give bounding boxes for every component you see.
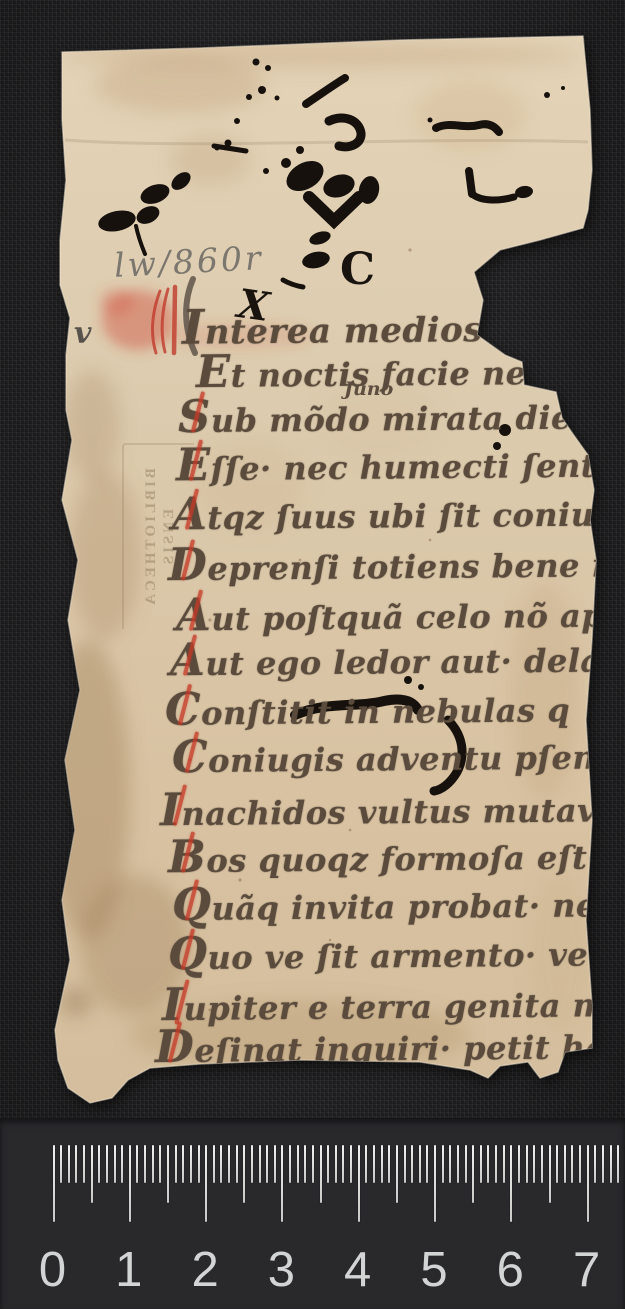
- ruler-number: 2: [191, 1246, 218, 1295]
- ruler-number: 0: [39, 1246, 66, 1295]
- manuscript-line: Conſtitit in nebulas q: [165, 684, 570, 732]
- manuscript-line: Aut ego ledor aut· delapſa q: [170, 634, 625, 683]
- manuscript-line: Quo ve ſit armento· veri qu: [168, 928, 625, 977]
- ruler-number: 4: [344, 1246, 371, 1295]
- digitized-manuscript-photo: BIBLIOTHECA ENSIS lw/860r C X v Juno Int…: [0, 0, 625, 1309]
- manuscript-line: Inachidos vultus mutaverat: [160, 784, 625, 833]
- ruler-number: 3: [268, 1246, 295, 1295]
- ink-letter-c: C: [340, 244, 375, 295]
- ruler-number: 5: [420, 1246, 447, 1295]
- ruler-number: 7: [573, 1246, 600, 1295]
- manuscript-line: Iupiter e terra genita men: [162, 979, 625, 1028]
- manuscript-line: Coniugis adventu pſenſerat: [172, 731, 625, 780]
- stamp-text: BIBLIOTHECA: [144, 468, 159, 608]
- ruler-number: 6: [497, 1246, 524, 1295]
- ruler-numbers: 01234567: [0, 1118, 625, 1309]
- ruler-number: 1: [115, 1246, 142, 1295]
- manuscript-line: Bos quoqz formoſa eſt· ſpec: [168, 831, 625, 880]
- manuscript-line: Quãq invita probat· nemo: [172, 879, 625, 928]
- manuscript-line: Aut poſtquã celo nõ apparuit·: [176, 589, 625, 639]
- manuscript-line: Eſſe· nec humecti ſentit tellu: [176, 439, 625, 489]
- ruler: 01234567: [0, 1118, 625, 1309]
- manuscript-line: Atqz ſuus ubi ſit coniux nem: [172, 488, 625, 537]
- pencil-shelfmark: lw/860r: [113, 238, 265, 285]
- margin-letter-v: v: [74, 316, 91, 351]
- manuscript-line: Deprenſi totiens bene noſſ: [168, 539, 625, 588]
